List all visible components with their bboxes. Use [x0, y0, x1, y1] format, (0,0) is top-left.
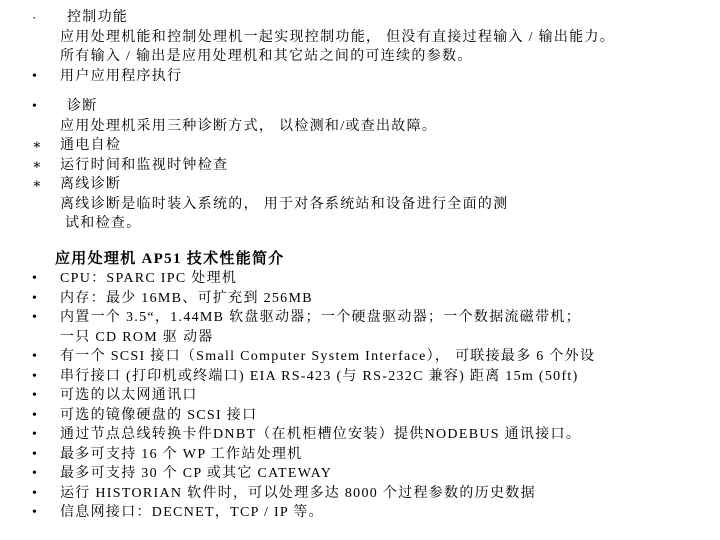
bullet-icon: ∗	[32, 175, 60, 195]
line-text: 离线诊断	[60, 175, 121, 195]
text-line: • 串行接口 (打印机或终端口) EIA RS-423 (与 RS-232C 兼…	[0, 367, 720, 387]
bullet-icon: •	[32, 269, 60, 289]
line-text: 所有输入 / 输出是应用处理机和其它站之间的可连续的参数。	[60, 47, 473, 67]
line-text: 应用处理机采用三种诊断方式， 以检测和/或查出故障。	[60, 117, 437, 137]
bullet-icon	[32, 117, 60, 137]
line-text: CPU：SPARC IPC 处理机	[60, 269, 237, 289]
line-text: 内置一个 3.5“，1.44MB 软盘驱动器；一个硬盘驱动器；一个数据流磁带机；	[60, 308, 581, 328]
line-text: 可选的以太网通讯口	[60, 386, 198, 406]
line-text: 有一个 SCSI 接口（Small Computer System Interf…	[60, 347, 595, 367]
bullet-icon	[32, 214, 60, 234]
line-text: 运行时间和监视时钟检查	[60, 156, 228, 176]
spec-list: • CPU：SPARC IPC 处理机 • 内存：最少 16MB、可扩充到 25…	[0, 269, 720, 523]
bullet-icon: •	[32, 386, 60, 406]
bullet-icon: •	[32, 367, 60, 387]
line-text: 试和检查。	[60, 214, 142, 234]
text-line: • CPU：SPARC IPC 处理机	[0, 269, 720, 289]
document-page: · 控制功能 应用处理机能和控制处理机一起实现控制功能， 但没有直接过程输入 /…	[0, 0, 720, 540]
section-heading: 应用处理机 AP51 技术性能简介	[55, 250, 720, 270]
section-diagnostics: • 诊断 应用处理机采用三种诊断方式， 以检测和/或查出故障。 ∗ 通电自检 ∗…	[0, 97, 720, 234]
line-text: 诊断	[60, 97, 98, 117]
text-line: • 可选的镜像硬盘的 SCSI 接口	[0, 406, 720, 426]
line-text: 运行 HISTORIAN 软件时，可以处理多达 8000 个过程参数的历史数据	[60, 484, 536, 504]
text-line: 应用处理机采用三种诊断方式， 以检测和/或查出故障。	[0, 117, 720, 137]
text-line: • 信息网接口：DECNET，TCP / IP 等。	[0, 503, 720, 523]
bullet-icon: ·	[32, 8, 60, 28]
text-line: ∗ 通电自检	[0, 136, 720, 156]
text-line: • 内存：最少 16MB、可扩充到 256MB	[0, 289, 720, 309]
bullet-icon: •	[32, 67, 60, 87]
line-text: 最多可支持 16 个 WP 工作站处理机	[60, 445, 302, 465]
text-line: • 诊断	[0, 97, 720, 117]
text-line: 一只 CD ROM 驱 动器	[0, 328, 720, 348]
text-line: ∗ 离线诊断	[0, 175, 720, 195]
line-text: 可选的镜像硬盘的 SCSI 接口	[60, 406, 257, 426]
bullet-icon: •	[32, 503, 60, 523]
line-text: 应用处理机能和控制处理机一起实现控制功能， 但没有直接过程输入 / 输出能力。	[60, 28, 615, 48]
bullet-icon: •	[32, 347, 60, 367]
text-line: ∗ 运行时间和监视时钟检查	[0, 156, 720, 176]
line-text: 通过节点总线转换卡件DNBT（在机柜槽位安装）提供NODEBUS 通讯接口。	[60, 425, 581, 445]
text-line: • 用户应用程序执行	[0, 67, 720, 87]
bullet-icon: •	[32, 425, 60, 445]
text-line: 试和检查。	[0, 214, 720, 234]
text-line: • 最多可支持 16 个 WP 工作站处理机	[0, 445, 720, 465]
section-ap51-specs: 应用处理机 AP51 技术性能简介 • CPU：SPARC IPC 处理机 • …	[0, 250, 720, 523]
bullet-icon	[32, 47, 60, 67]
bullet-icon: •	[32, 289, 60, 309]
line-text: 离线诊断是临时装入系统的， 用于对各系统站和设备进行全面的测	[60, 195, 509, 215]
bullet-icon: •	[32, 406, 60, 426]
line-text: 控制功能	[60, 8, 128, 28]
bullet-icon	[32, 28, 60, 48]
line-text: 通电自检	[60, 136, 121, 156]
text-line: • 可选的以太网通讯口	[0, 386, 720, 406]
line-text: 信息网接口：DECNET，TCP / IP 等。	[60, 503, 324, 523]
bullet-icon: •	[32, 464, 60, 484]
line-text: 用户应用程序执行	[60, 67, 182, 87]
line-text: 一只 CD ROM 驱 动器	[60, 328, 214, 348]
bullet-icon: •	[32, 97, 60, 117]
bullet-icon	[32, 195, 60, 215]
line-text: 最多可支持 30 个 CP 或其它 CATEWAY	[60, 464, 332, 484]
bullet-icon: ∗	[32, 136, 60, 156]
bullet-icon	[32, 328, 60, 348]
bullet-icon: ∗	[32, 156, 60, 176]
text-line: • 运行 HISTORIAN 软件时，可以处理多达 8000 个过程参数的历史数…	[0, 484, 720, 504]
text-line: • 内置一个 3.5“，1.44MB 软盘驱动器；一个硬盘驱动器；一个数据流磁带…	[0, 308, 720, 328]
text-line: 离线诊断是临时装入系统的， 用于对各系统站和设备进行全面的测	[0, 195, 720, 215]
line-text: 内存：最少 16MB、可扩充到 256MB	[60, 289, 313, 309]
text-line: 应用处理机能和控制处理机一起实现控制功能， 但没有直接过程输入 / 输出能力。	[0, 28, 720, 48]
text-line: • 有一个 SCSI 接口（Small Computer System Inte…	[0, 347, 720, 367]
bullet-icon: •	[32, 484, 60, 504]
text-line: • 通过节点总线转换卡件DNBT（在机柜槽位安装）提供NODEBUS 通讯接口。	[0, 425, 720, 445]
line-text: 串行接口 (打印机或终端口) EIA RS-423 (与 RS-232C 兼容)…	[60, 367, 579, 387]
text-line: 所有输入 / 输出是应用处理机和其它站之间的可连续的参数。	[0, 47, 720, 67]
text-line: · 控制功能	[0, 8, 720, 28]
bullet-icon: •	[32, 308, 60, 328]
text-line: • 最多可支持 30 个 CP 或其它 CATEWAY	[0, 464, 720, 484]
section-control-function: · 控制功能 应用处理机能和控制处理机一起实现控制功能， 但没有直接过程输入 /…	[0, 8, 720, 86]
bullet-icon: •	[32, 445, 60, 465]
